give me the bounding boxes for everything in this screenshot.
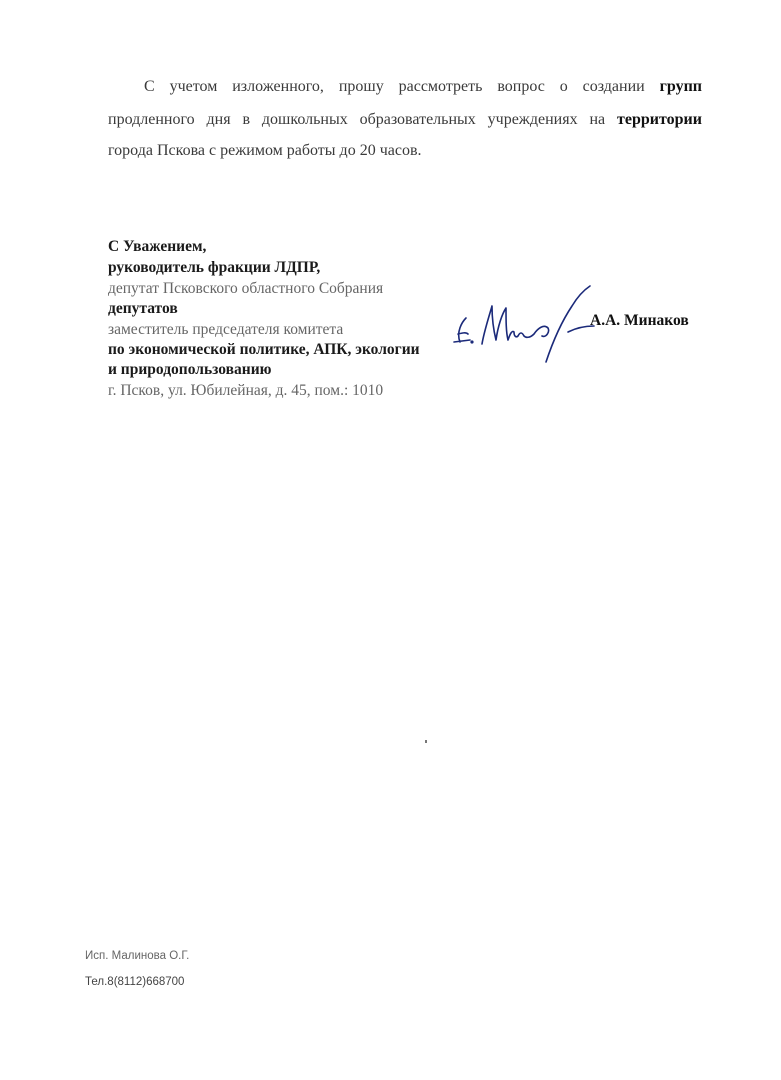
paragraph-line-1-bold: групп <box>660 78 702 95</box>
closing-title-3: депутатов <box>108 300 178 318</box>
signature-icon <box>448 284 598 364</box>
paragraph-line-1-text: С учетом изложенного, прошу рассмотреть … <box>144 78 645 95</box>
closing-address: г. Псков, ул. Юбилейная, д. 45, пом.: 10… <box>108 382 383 400</box>
signer-name: А.А. Минаков <box>590 312 689 330</box>
closing-title-1: руководитель фракции ЛДПР, <box>108 259 320 277</box>
closing-greeting: С Уважением, <box>108 238 206 256</box>
scan-speck <box>425 740 427 743</box>
executor-name: Исп. Малинова О.Г. <box>85 950 189 962</box>
document-page: С учетом изложенного, прошу рассмотреть … <box>0 0 781 1080</box>
paragraph-line-2: продленного дня в дошкольных образовател… <box>108 111 702 129</box>
closing-title-6: и природопользованию <box>108 361 272 379</box>
paragraph-line-1: С учетом изложенного, прошу рассмотреть … <box>108 78 702 96</box>
paragraph-line-2-bold: территории <box>617 111 702 128</box>
closing-title-4: заместитель председателя комитета <box>108 321 343 339</box>
paragraph-line-2-text: продленного дня в дошкольных образовател… <box>108 111 605 128</box>
closing-title-5: по экономической политике, АПК, экологии <box>108 341 420 359</box>
executor-phone: Тел.8(8112)668700 <box>85 976 184 988</box>
closing-title-2: депутат Псковского областного Собрания <box>108 280 383 298</box>
paragraph-line-3: города Пскова с режимом работы до 20 час… <box>108 142 422 160</box>
